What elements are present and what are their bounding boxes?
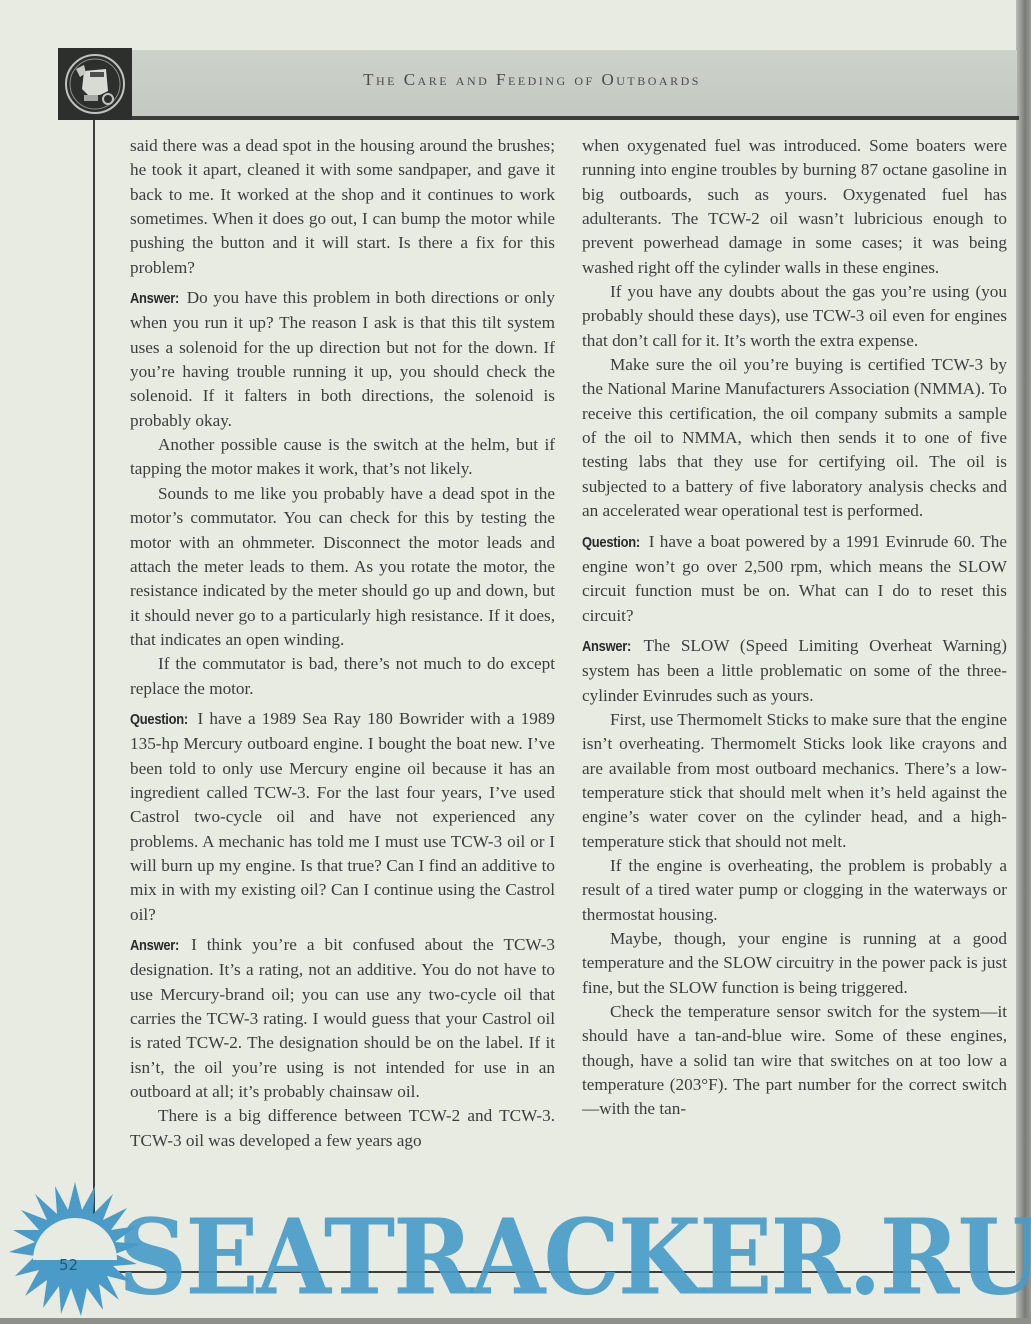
answer-paragraph: Answer: Do you have this problem in both…: [130, 286, 555, 433]
question-label: Question:: [582, 531, 640, 555]
page-bottom-edge: [0, 1318, 1031, 1324]
question-paragraph: Question: I have a boat powered by a 199…: [582, 530, 1007, 628]
header-rule: [132, 116, 1019, 120]
paragraph: Sounds to me like you probably have a de…: [130, 482, 555, 652]
page-edge-shadow: [1016, 0, 1031, 1324]
answer-label: Answer:: [130, 287, 179, 311]
paragraph: when oxygenated fuel was introduced. Som…: [582, 134, 1007, 280]
answer-paragraph: Answer: I think you’re a bit confused ab…: [130, 933, 555, 1104]
paragraph: Make sure the oil you’re buying is certi…: [582, 353, 1007, 523]
paragraph: First, use Thermomelt Sticks to make sur…: [582, 708, 1007, 854]
question-paragraph: Question: I have a 1989 Sea Ray 180 Bowr…: [130, 707, 555, 927]
outboard-motor-emblem-icon: [58, 48, 132, 120]
left-column: said there was a dead spot in the housin…: [130, 134, 555, 1153]
right-column: when oxygenated fuel was introduced. Som…: [582, 134, 1007, 1122]
page-number: 52: [59, 1256, 78, 1274]
running-head: The Care and Feeding of Outboards: [132, 70, 932, 90]
answer-label: Answer:: [582, 635, 631, 659]
paragraph: Check the temperature sensor switch for …: [582, 1000, 1007, 1122]
watermark-text: SEATRACKER.RU: [118, 1206, 1031, 1310]
answer-label: Answer:: [130, 934, 179, 958]
question-label: Question:: [130, 708, 188, 732]
paragraph: There is a big difference between TCW-2 …: [130, 1104, 555, 1153]
answer-paragraph: Answer: The SLOW (Speed Limiting Overhea…: [582, 634, 1007, 708]
paragraph: Maybe, though, your engine is running at…: [582, 927, 1007, 1000]
paragraph: Another possible cause is the switch at …: [130, 433, 555, 482]
paragraph: said there was a dead spot in the housin…: [130, 134, 555, 280]
paragraph: If the commutator is bad, there’s not mu…: [130, 652, 555, 701]
paragraph: If the engine is overheating, the proble…: [582, 854, 1007, 927]
left-margin-rule: [93, 120, 95, 1273]
paragraph: If you have any doubts about the gas you…: [582, 280, 1007, 353]
